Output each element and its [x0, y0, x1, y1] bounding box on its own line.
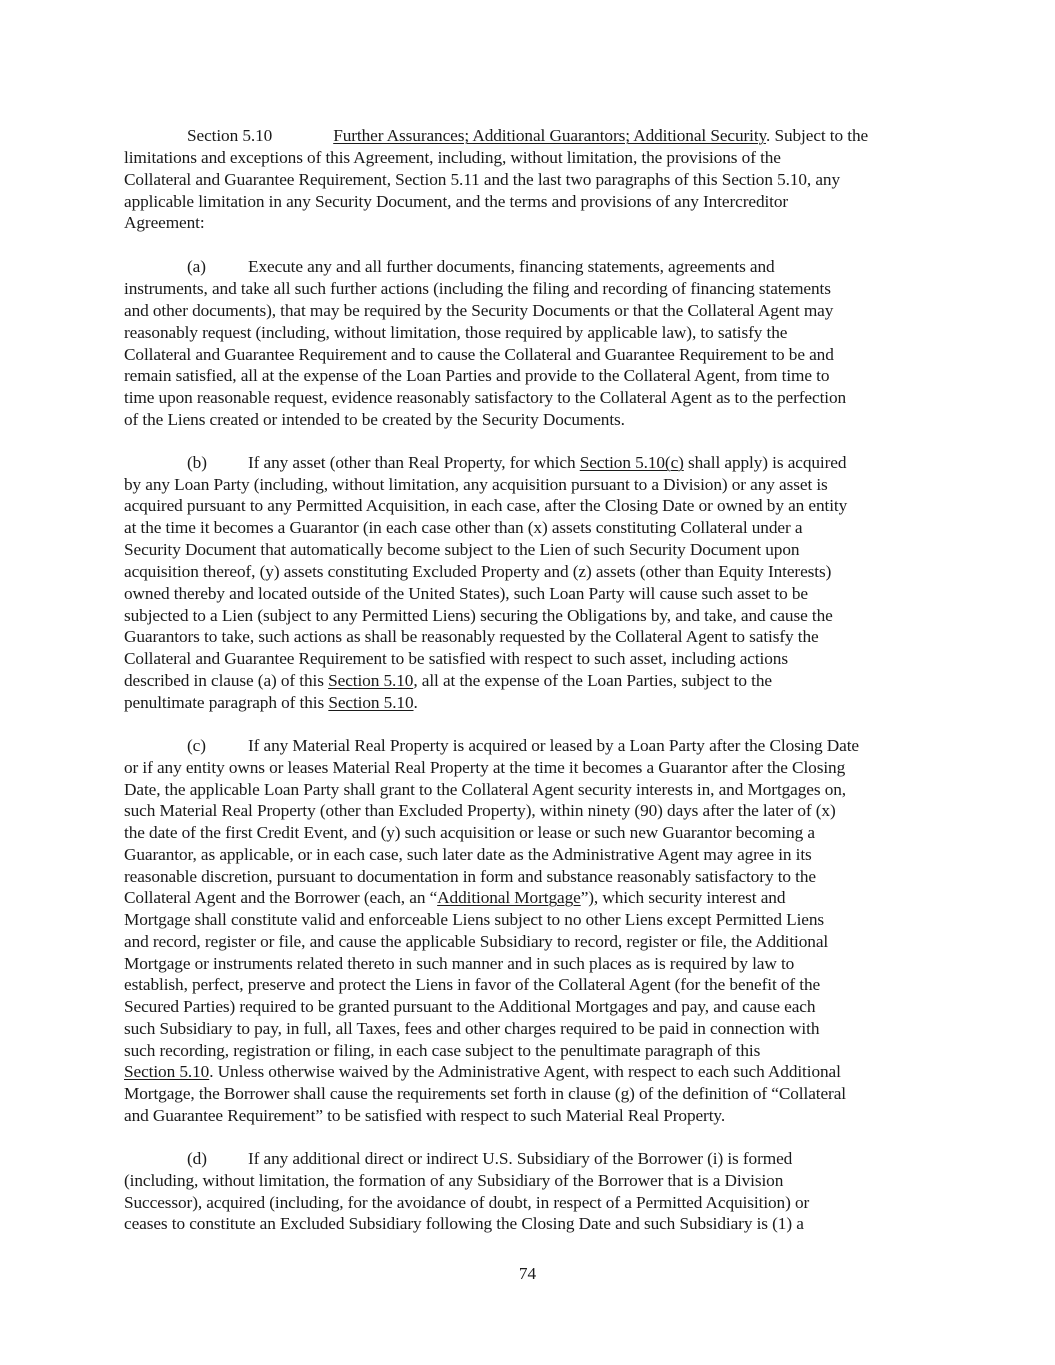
clause-label: (b): [187, 452, 248, 474]
text-line: applicable limitation in any Security Do…: [124, 191, 788, 213]
text-line: owned thereby and located outside of the…: [124, 583, 808, 605]
text-line: Collateral and Guarantee Requirement to …: [124, 648, 788, 670]
text-line: Mortgage or instruments related thereto …: [124, 953, 794, 975]
text-line: Agreement:: [124, 212, 205, 234]
text-line: Collateral and Guarantee Requirement and…: [124, 344, 834, 366]
clause-label: (c): [187, 735, 248, 757]
text-line: Successor), acquired (including, for the…: [124, 1192, 809, 1214]
text-line: (including, without limitation, the form…: [124, 1170, 783, 1192]
text-line: at the time it becomes a Guarantor (in e…: [124, 517, 802, 539]
clause-b-first-line: (b)If any asset (other than Real Propert…: [187, 452, 846, 474]
document-page: Section 5.10Further Assurances; Addition…: [0, 0, 1055, 1365]
text-line: and record, register or file, and cause …: [124, 931, 828, 953]
text-line: or if any entity owns or leases Material…: [124, 757, 845, 779]
text-line: instruments, and take all such further a…: [124, 278, 831, 300]
text-line: remain satisfied, all at the expense of …: [124, 365, 829, 387]
text-line: ceases to constitute an Excluded Subsidi…: [124, 1213, 804, 1235]
text-line: and Guarantee Requirement” to be satisfi…: [124, 1105, 725, 1127]
text-line: Collateral and Guarantee Requirement, Se…: [124, 169, 840, 191]
text-line: Date, the applicable Loan Party shall gr…: [124, 779, 846, 801]
text-line: subjected to a Lien (subject to any Perm…: [124, 605, 833, 627]
text-line: such Subsidiary to pay, in full, all Tax…: [124, 1018, 819, 1040]
text-line: reasonably request (including, without l…: [124, 322, 787, 344]
clause-c-first-line: (c)If any Material Real Property is acqu…: [187, 735, 859, 757]
text-line: time upon reasonable request, evidence r…: [124, 387, 846, 409]
text-line: Security Document that automatically bec…: [124, 539, 799, 561]
section-number: Section 5.10: [187, 126, 272, 145]
clause-label: (d): [187, 1148, 248, 1170]
text-line: reasonable discretion, pursuant to docum…: [124, 866, 816, 888]
text-line: Guarantor, as applicable, or in each cas…: [124, 844, 812, 866]
text-line: Section 5.10. Unless otherwise waived by…: [124, 1061, 841, 1083]
text-line: the date of the first Credit Event, and …: [124, 822, 815, 844]
text-line: Collateral Agent and the Borrower (each,…: [124, 887, 785, 909]
text-line: penultimate paragraph of this Section 5.…: [124, 692, 418, 714]
text-line: Mortgage, the Borrower shall cause the r…: [124, 1083, 846, 1105]
text-line: acquisition thereof, (y) assets constitu…: [124, 561, 831, 583]
text-line: establish, perfect, preserve and protect…: [124, 974, 820, 996]
text-line: Guarantors to take, such actions as shal…: [124, 626, 819, 648]
section-reference-link[interactable]: Section 5.10(c): [580, 453, 684, 472]
page-number: 74: [0, 1263, 1055, 1285]
text-line: of the Liens created or intended to be c…: [124, 409, 625, 431]
section-reference-link[interactable]: Section 5.10: [124, 1062, 209, 1081]
text-line: Mortgage shall constitute valid and enfo…: [124, 909, 824, 931]
text-line: such Material Real Property (other than …: [124, 800, 836, 822]
text-line: described in clause (a) of this Section …: [124, 670, 772, 692]
clause-label: (a): [187, 256, 248, 278]
text-line: by any Loan Party (including, without li…: [124, 474, 828, 496]
text-line: such recording, registration or filing, …: [124, 1040, 760, 1062]
text-line: and other documents), that may be requir…: [124, 300, 833, 322]
section-reference-link[interactable]: Section 5.10: [328, 693, 413, 712]
section-reference-link[interactable]: Section 5.10: [328, 671, 413, 690]
text-line: limitations and exceptions of this Agree…: [124, 147, 781, 169]
section-title: Further Assurances; Additional Guarantor…: [333, 126, 766, 145]
clause-a-first-line: (a)Execute any and all further documents…: [187, 256, 775, 278]
text-line: acquired pursuant to any Permitted Acqui…: [124, 495, 847, 517]
text-line: Secured Parties) required to be granted …: [124, 996, 815, 1018]
defined-term: Additional Mortgage: [437, 888, 581, 907]
clause-d-first-line: (d)If any additional direct or indirect …: [187, 1148, 792, 1170]
section-heading-line: Section 5.10Further Assurances; Addition…: [187, 125, 868, 147]
